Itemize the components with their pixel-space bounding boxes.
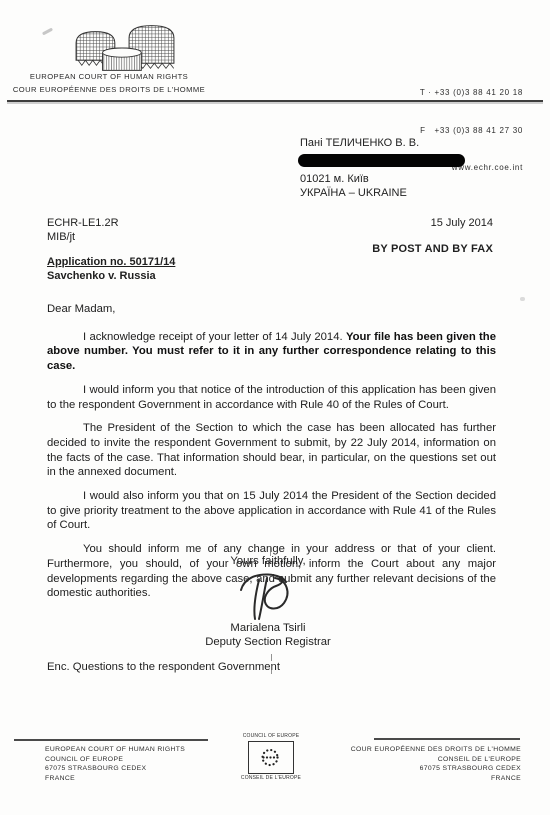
reference-initials: MIB/jt <box>47 230 119 244</box>
scanned-letter-page: EUROPEAN COURT OF HUMAN RIGHTS COUR EURO… <box>0 0 550 815</box>
scan-dot-artifact <box>520 297 525 301</box>
reference-code: ECHR-LE1.2R <box>47 216 119 230</box>
recipient-country: УКРАЇНА – UKRAINE <box>300 186 465 200</box>
paragraph-1: I acknowledge receipt of your letter of … <box>47 330 496 374</box>
closing-block: Yours faithfully, Marialena Tsirli Deput… <box>148 554 388 649</box>
paragraph-3: The President of the Section to which th… <box>47 421 496 480</box>
signer-name: Marialena Tsirli <box>148 621 388 635</box>
scan-smudge-artifact <box>42 28 53 36</box>
footer-address-en: EUROPEAN COURT OF HUMAN RIGHTS COUNCIL O… <box>45 745 185 783</box>
footer-fr-line1: COUR EUROPÉENNE DES DROITS DE L'HOMME <box>351 745 521 755</box>
footer-fr-line2: CONSEIL DE L'EUROPE <box>351 755 521 765</box>
application-block: Application no. 50171/14 Savchenko v. Ru… <box>47 255 175 283</box>
footer-divider-right <box>374 738 520 740</box>
scan-fold-tick-3 <box>271 665 272 674</box>
court-name-en: EUROPEAN COURT OF HUMAN RIGHTS <box>8 71 210 84</box>
court-name-fr: COUR EUROPÉENNE DES DROITS DE L'HOMME <box>8 84 210 97</box>
council-of-europe-logo: COUNCIL OF EUROPE CONSEIL DE L'EUROPE <box>240 733 302 782</box>
phone-number: T · +33 (0)3 88 41 20 18 <box>420 87 523 100</box>
coe-label-en: COUNCIL OF EUROPE <box>240 733 302 740</box>
scan-fold-tick-2 <box>271 654 272 661</box>
salutation: Dear Madam, <box>47 302 496 317</box>
echr-building-logo-icon <box>72 22 178 74</box>
footer-address-fr: COUR EUROPÉENNE DES DROITS DE L'HOMME CO… <box>351 745 521 783</box>
footer-en-line2: COUNCIL OF EUROPE <box>45 755 185 765</box>
coe-stars-e-icon <box>255 745 287 770</box>
application-number: Application no. 50171/14 <box>47 255 175 269</box>
paragraph-1-normal-text: I acknowledge receipt of your letter of … <box>83 331 346 343</box>
footer-en-line1: EUROPEAN COURT OF HUMAN RIGHTS <box>45 745 185 755</box>
footer-en-line4: FRANCE <box>45 774 185 784</box>
signer-title: Deputy Section Registrar <box>148 635 388 649</box>
court-name-block: EUROPEAN COURT OF HUMAN RIGHTS COUR EURO… <box>8 71 210 96</box>
redacted-address-bar <box>298 154 465 167</box>
recipient-city: 01021 м. Київ <box>300 172 465 186</box>
valediction: Yours faithfully, <box>148 554 388 568</box>
delivery-method: BY POST AND BY FAX <box>372 243 493 255</box>
letter-date: 15 July 2014 <box>431 217 493 229</box>
recipient-address-block: Пані ТЕЛИЧЕНКО В. В. 01021 м. Київ УКРАЇ… <box>300 136 465 200</box>
coe-label-fr: CONSEIL DE L'EUROPE <box>240 775 302 782</box>
header-divider <box>7 100 543 102</box>
enclosure-note: Enc. Questions to the respondent Governm… <box>47 661 280 673</box>
reference-block: ECHR-LE1.2R MIB/jt <box>47 216 119 244</box>
paragraph-2: I would inform you that notice of the in… <box>47 383 496 412</box>
footer-fr-line3: 67075 STRASBOURG CEDEX <box>351 764 521 774</box>
scan-fold-tick-1 <box>270 546 271 556</box>
footer-en-line3: 67075 STRASBOURG CEDEX <box>45 764 185 774</box>
paragraph-4: I would also inform you that on 15 July … <box>47 489 496 533</box>
footer-fr-line4: FRANCE <box>351 774 521 784</box>
footer-divider-left <box>14 739 208 741</box>
recipient-name: Пані ТЕЛИЧЕНКО В. В. <box>300 136 465 150</box>
case-name: Savchenko v. Russia <box>47 269 175 283</box>
handwritten-signature <box>237 571 299 621</box>
coe-logo-box <box>248 741 294 774</box>
